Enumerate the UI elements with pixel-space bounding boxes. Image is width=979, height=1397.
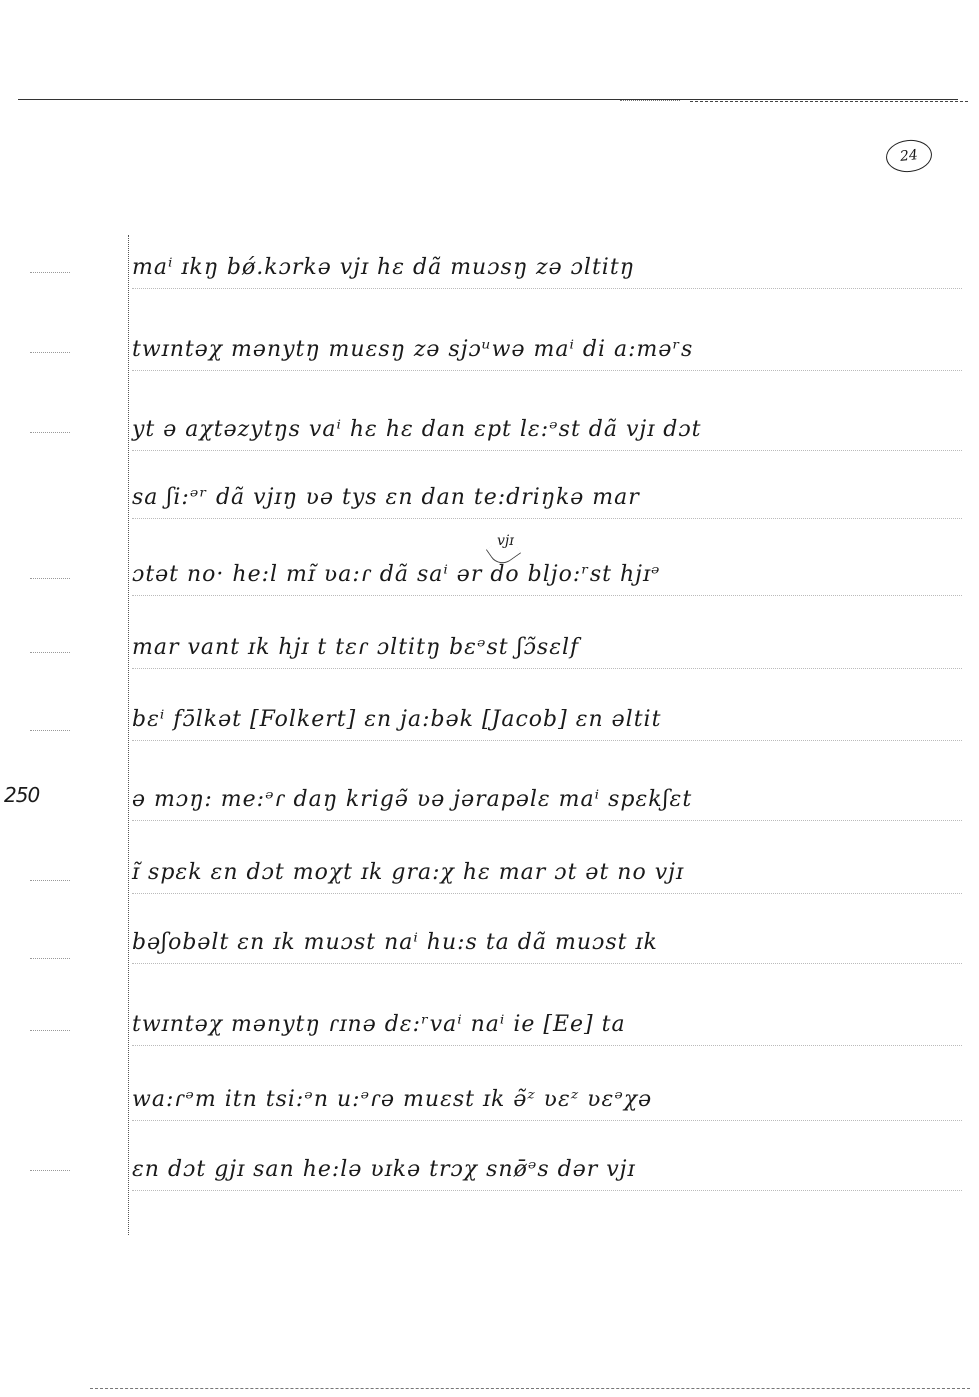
transcript-line: yt ə aχtəzytŋs vaⁱ hɛ hɛ dan ɛpt lɛ:ᵊst … [132,410,962,451]
margin-tick [30,958,70,959]
margin-tick [30,1170,70,1171]
transcript-line: twɪntəχ mənytŋ muɛsŋ zə sjɔᵘwə maⁱ di a:… [132,330,962,371]
transcript-line: bɛⁱ fɔ̄lkət [Folkert] ɛn ja:bək [Jacob] … [132,700,962,741]
margin-tick [30,578,70,579]
page-top-rule [18,99,958,100]
transcript-line: ɪ̃ spɛk ɛn dɔt moχt ɪk gra:χ hɛ mar ɔt ə… [132,853,962,894]
margin-tick [30,272,70,273]
margin-line-number: 250 [4,783,39,807]
margin-tick [30,352,70,353]
margin-line [128,235,129,1235]
transcript-line: sa ʃi:ᵊʳ dã vjɪŋ ʋə tys ɛn dan te:driŋkə… [132,478,962,519]
page-number: 24 [899,147,918,165]
transcript-line: bəʃobəlt ɛn ɪk muɔst naⁱ hu:s ta dã muɔs… [132,923,962,964]
page-bottom-rule [90,1388,970,1389]
transcript-line: twɪntəχ mənytŋ ɾɪnə dɛ:ʳvaⁱ naⁱ ie [Ee] … [132,1005,962,1046]
transcript-line: ə mɔŋ: me:ᵊɾ daŋ krigə̃ ʋə jərapəlɛ maⁱ … [132,780,962,821]
transcript-line: ɔtət no· he:l mɪ̃ ʋa:ɾ dã saⁱ ər do bljo… [132,555,962,596]
margin-tick [30,432,70,433]
transcript-line: maⁱ ɪkŋ bǿ.kɔrkə vjɪ hɛ dã muɔsŋ zə ɔlti… [132,248,962,289]
margin-tick [30,880,70,881]
page-number-circled: 24 [884,138,933,175]
page-top-rule-gap [620,100,680,101]
transcript-line: mar vant ɪk hjɪ t tɛɾ ɔltitŋ bɛᵊst ʃɔ̃sɛ… [132,628,962,669]
transcript-line: ɛn dɔt gjɪ san he:lə ʋɪkə trɔχ snø̄ᵊs də… [132,1150,962,1191]
margin-tick [30,730,70,731]
page-top-rule-right [690,101,968,102]
transcript-line: wa:ɾᵊm itn tsi:ᵊn u:ᵊɾə muɛst ɪk ə̃ᶻ ʋɛᶻ… [132,1080,962,1121]
margin-tick [30,652,70,653]
margin-tick [30,1030,70,1031]
